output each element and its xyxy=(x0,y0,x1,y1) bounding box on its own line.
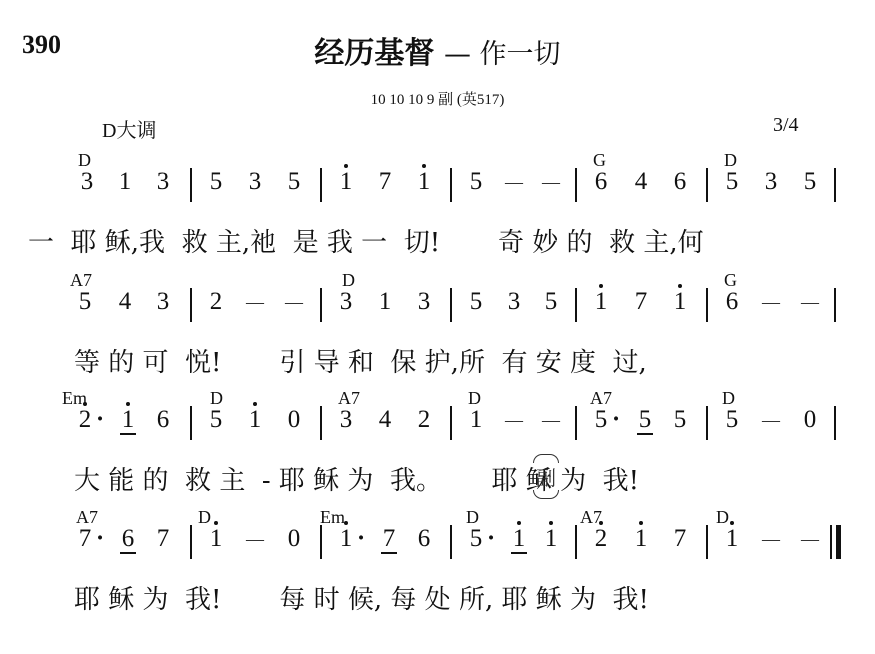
note: 2 xyxy=(590,525,612,553)
note: 1 xyxy=(590,288,612,316)
note: 0 xyxy=(799,406,821,434)
dash-extension: — xyxy=(503,172,525,193)
dash-extension: — xyxy=(503,410,525,431)
barline xyxy=(320,525,322,559)
note: 6 xyxy=(117,525,139,553)
meter-line: 10 10 10 9 副 (英517) xyxy=(0,88,875,109)
note: 5 xyxy=(799,168,821,196)
note: 2 xyxy=(413,406,435,434)
dash-extension: — xyxy=(760,410,782,431)
augmentation-dot: · xyxy=(610,406,622,434)
note: 5 xyxy=(465,525,487,553)
dash-extension: — xyxy=(244,529,266,550)
barline xyxy=(575,406,577,440)
note: 1 xyxy=(508,525,530,553)
note: 4 xyxy=(630,168,652,196)
time-signature: 3/4 xyxy=(773,114,799,137)
augmentation-dot: · xyxy=(355,525,367,553)
barline xyxy=(575,288,577,322)
dash-extension: — xyxy=(760,529,782,550)
note: 1 xyxy=(540,525,562,553)
barline xyxy=(190,288,192,322)
note: 5 xyxy=(721,406,743,434)
key-signature: D大调 xyxy=(102,114,156,143)
dash-extension: — xyxy=(540,410,562,431)
note: 4 xyxy=(114,288,136,316)
augmentation-dot: · xyxy=(485,525,497,553)
dash-extension: — xyxy=(799,292,821,313)
note: 5 xyxy=(634,406,656,434)
augmentation-dot: · xyxy=(94,406,106,434)
note: 5 xyxy=(590,406,612,434)
note: 1 xyxy=(721,525,743,553)
note: 7 xyxy=(374,168,396,196)
note: 7 xyxy=(74,525,96,553)
note: 1 xyxy=(335,525,357,553)
barline xyxy=(450,525,452,559)
note: 1 xyxy=(205,525,227,553)
note: 6 xyxy=(590,168,612,196)
final-barline-thick xyxy=(836,525,841,559)
note: 7 xyxy=(378,525,400,553)
note: 1 xyxy=(669,288,691,316)
barline xyxy=(706,168,708,202)
barline xyxy=(834,288,836,322)
barline xyxy=(450,168,452,202)
note: 5 xyxy=(205,406,227,434)
note: 6 xyxy=(669,168,691,196)
note: 5 xyxy=(205,168,227,196)
note: 7 xyxy=(630,288,652,316)
note: 4 xyxy=(374,406,396,434)
barline xyxy=(190,406,192,440)
note: 2 xyxy=(205,288,227,316)
note: 1 xyxy=(114,168,136,196)
note: 1 xyxy=(465,406,487,434)
barline xyxy=(834,406,836,440)
note: 6 xyxy=(152,406,174,434)
barline xyxy=(706,406,708,440)
lyric-line: 一 耶 稣,我 救 主,祂 是 我 一 切! 奇 妙 的 救 主,何 xyxy=(28,222,704,259)
lyric-line: 耶 稣 为 我! 每 时 候, 每 处 所, 耶 稣 为 我! xyxy=(74,579,649,616)
barline xyxy=(450,288,452,322)
note: 5 xyxy=(669,406,691,434)
note: 1 xyxy=(413,168,435,196)
note: 6 xyxy=(721,288,743,316)
note: 3 xyxy=(244,168,266,196)
barline xyxy=(320,288,322,322)
note: 3 xyxy=(335,288,357,316)
dash-extension: — xyxy=(760,292,782,313)
dash-extension: — xyxy=(540,172,562,193)
dash-extension: — xyxy=(283,292,305,313)
note: 3 xyxy=(76,168,98,196)
note: 5 xyxy=(283,168,305,196)
barline xyxy=(834,168,836,202)
note: 1 xyxy=(244,406,266,434)
lyric-line: 等 的 可 悦! 引 导 和 保 护,所 有 安 度 过, xyxy=(74,342,647,379)
note: 6 xyxy=(413,525,435,553)
note: 1 xyxy=(630,525,652,553)
note: 3 xyxy=(152,168,174,196)
note: 5 xyxy=(465,168,487,196)
note: 2 xyxy=(74,406,96,434)
note: 1 xyxy=(374,288,396,316)
note: 5 xyxy=(540,288,562,316)
note: 0 xyxy=(283,406,305,434)
dash-extension: — xyxy=(244,292,266,313)
note: 3 xyxy=(760,168,782,196)
note: 1 xyxy=(335,168,357,196)
note: 7 xyxy=(669,525,691,553)
title-main: 经历基督 xyxy=(314,36,434,71)
augmentation-dot: · xyxy=(94,525,106,553)
note: 3 xyxy=(503,288,525,316)
note: 5 xyxy=(721,168,743,196)
note: 3 xyxy=(413,288,435,316)
final-barline-thin xyxy=(830,525,832,559)
barline xyxy=(320,168,322,202)
note: 5 xyxy=(74,288,96,316)
refrain-marker: 副 xyxy=(536,462,556,491)
note: 5 xyxy=(465,288,487,316)
hymn-title: 经历基督 — 作一切 xyxy=(0,28,875,72)
dash-extension: — xyxy=(799,529,821,550)
barline xyxy=(575,525,577,559)
note: 3 xyxy=(152,288,174,316)
note: 3 xyxy=(335,406,357,434)
barline xyxy=(320,406,322,440)
note: 0 xyxy=(283,525,305,553)
barline xyxy=(190,525,192,559)
barline xyxy=(450,406,452,440)
barline xyxy=(575,168,577,202)
title-sub: — 作一切 xyxy=(444,39,561,70)
note: 1 xyxy=(117,406,139,434)
barline xyxy=(706,288,708,322)
barline xyxy=(190,168,192,202)
note: 7 xyxy=(152,525,174,553)
barline xyxy=(706,525,708,559)
